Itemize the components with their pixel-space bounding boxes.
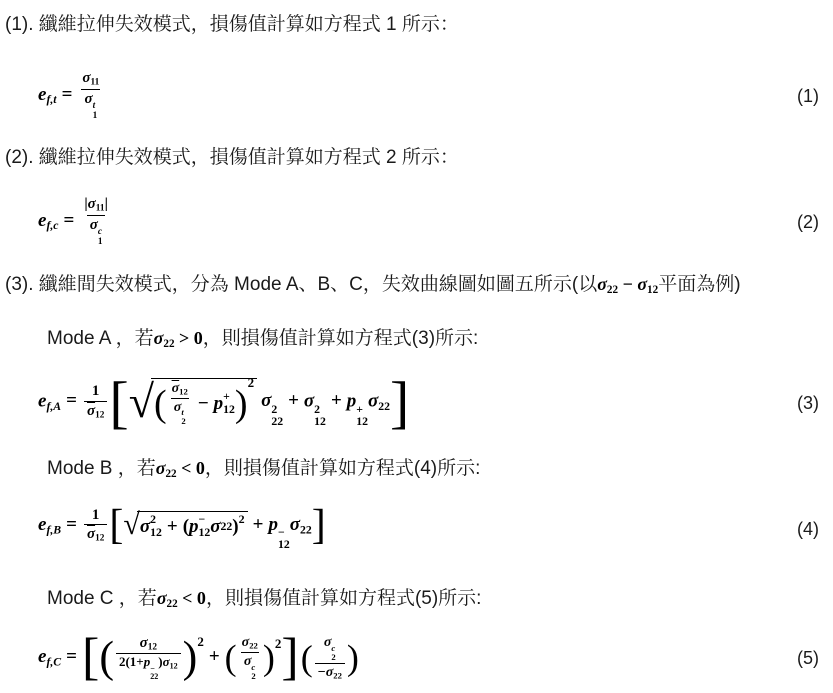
math-subscript: f,c: [46, 220, 58, 233]
math-symbol: σ: [244, 654, 252, 669]
fraction-denominator: σc2: [241, 652, 259, 681]
item-3-suffix: 平面為例): [658, 274, 740, 295]
math-supsub: t1: [93, 102, 98, 122]
math-supsub: 222: [271, 404, 283, 429]
mode-c-condition: < 0: [178, 588, 206, 608]
math-symbol: p: [268, 514, 278, 535]
math-exponent: 2: [197, 634, 204, 649]
math-symbol: σ: [597, 274, 607, 294]
equals-sign: =: [61, 390, 82, 411]
fraction: σ122(1+p−22)σ12: [116, 635, 181, 682]
square-root: √σ212+(p−12σ22)2: [123, 511, 247, 539]
math-symbol: p: [214, 393, 224, 415]
right-bracket: ]: [312, 502, 326, 548]
math-subscript: 22: [165, 468, 176, 480]
math-subscript: 12: [356, 416, 368, 428]
plus-sign: +: [326, 390, 347, 411]
plus-sign: +: [283, 390, 304, 411]
right-paren: ): [347, 638, 359, 678]
fraction-numerator: σ12: [169, 381, 191, 398]
mode-b-suffix: ，則損傷值計算如方程式(4)所示:: [205, 458, 481, 479]
fraction: 1σ12: [84, 507, 107, 544]
item-3-prefix: (3). 纖維間失效模式，分為 Mode A、B、C，失效曲線圖如圖五所示(以: [5, 274, 597, 295]
fraction-denominator: −σ22: [315, 663, 345, 681]
equals-sign: =: [57, 84, 78, 105]
right-bracket: ]: [281, 629, 298, 686]
fraction-numerator: 1: [89, 383, 103, 401]
left-bracket: [: [82, 629, 99, 686]
math-symbol: σ: [637, 274, 647, 294]
equation-number-1: (1): [797, 86, 819, 107]
math-subscript: f,A: [46, 400, 61, 413]
mode-b-condition: < 0: [177, 458, 205, 478]
fraction: σ11σt1: [79, 70, 102, 121]
math-symbol: σ: [324, 635, 332, 650]
equation-number-5: (5): [797, 648, 819, 669]
math-subscript: f,C: [46, 656, 61, 669]
fraction-denominator: σc1: [87, 215, 106, 247]
fraction-denominator: σ12: [84, 524, 107, 544]
fraction: 1σ12: [84, 383, 107, 420]
math-subscript: 1: [98, 238, 103, 248]
math-subscript: 12: [170, 662, 178, 671]
square-root: √(σ12σt2−p+12)2: [129, 378, 257, 427]
mode-a-line: Mode A ，若σ22 > 0，則損傷值計算如方程式(3)所示:: [47, 325, 478, 357]
fraction-denominator: σt1: [81, 89, 100, 121]
math-subscript: 12: [95, 411, 104, 421]
sigma-bar-symbol: σ: [87, 526, 95, 542]
fraction-numerator: σ11: [79, 70, 102, 89]
math-supsub: c2: [331, 644, 335, 662]
item-2-text: (2). 纖維拉伸失效模式，損傷值計算如方程式 2 所示：: [5, 147, 459, 168]
math-subscript: 12: [150, 527, 162, 539]
sigma-bar-symbol: σ: [163, 654, 170, 669]
equation-3-row: ef,A=1σ12[√(σ12σt2−p+12)2σ222+σ212+p+12σ…: [38, 367, 819, 439]
plus-sign: +: [162, 516, 183, 538]
equation-5-row: ef,C=[(σ122(1+p−22)σ12)2+(σ22σc2)2](σc2−…: [38, 626, 819, 690]
math-subscript: 12: [95, 534, 104, 544]
math-symbol: σ: [156, 458, 166, 478]
equation-3: ef,A=1σ12[√(σ12σt2−p+12)2σ222+σ212+p+12σ…: [38, 378, 409, 429]
math-subscript: 12: [647, 284, 658, 296]
plus-sign: +: [248, 514, 269, 535]
equation-2: ef,c=|σ11|σc1: [38, 196, 113, 247]
item-1-text: (1). 纖維拉伸失效模式，損傷值計算如方程式 1 所示：: [5, 14, 459, 35]
math-symbol: σ: [368, 390, 378, 411]
math-symbol: σ: [290, 514, 300, 535]
equation-number-3: (3): [797, 393, 819, 414]
math-symbol: σ: [140, 516, 150, 538]
right-paren: ): [183, 633, 198, 682]
fraction: |σ11|σc1: [81, 196, 111, 247]
abs-bar: |: [105, 196, 108, 212]
radicand: σ212+(p−12σ22)2: [137, 511, 248, 539]
fraction-numerator: 1: [89, 507, 103, 525]
math-subscript: 12: [199, 527, 211, 539]
equation-4-row: ef,B=1σ12[√σ212+(p−12σ22)2+p−12σ22] (4): [38, 503, 819, 555]
equation-number-4: (4): [797, 519, 819, 540]
fraction: σ22σc2: [239, 635, 261, 681]
right-paren: ): [263, 638, 275, 678]
plus-sign: +: [204, 646, 225, 667]
sigma-12-inline: σ12: [637, 274, 658, 294]
left-paren: (: [99, 633, 114, 682]
mode-b-line: Mode B ，若σ22 < 0，則損傷值計算如方程式(4)所示:: [47, 455, 480, 487]
fraction-numerator: σ22: [239, 635, 261, 652]
math-subscript: 12: [223, 404, 235, 416]
math-superscript: 2: [150, 514, 156, 526]
math-supsub: +12: [223, 391, 235, 416]
math-subscript: 22: [150, 673, 158, 681]
math-superscript: +: [223, 391, 230, 403]
math-subscript: 22: [249, 641, 258, 651]
math-subscript: 22: [333, 670, 342, 680]
math-symbol: σ: [140, 635, 148, 651]
math-symbol: σ: [90, 217, 98, 233]
sigma-22-inline: σ22: [156, 458, 177, 478]
math-subscript: 11: [91, 78, 100, 88]
fraction: σ12σt2: [169, 381, 191, 427]
math-subscript: 11: [96, 204, 105, 214]
math-superscript: −: [199, 514, 206, 526]
math-subscript: 12: [148, 642, 157, 652]
math-symbol: σ: [154, 328, 164, 348]
math-text: 2(1+: [119, 654, 144, 669]
math-subscript: 22: [378, 400, 390, 413]
math-supsub: 212: [314, 404, 326, 429]
math-exponent: 2: [248, 375, 255, 391]
paragraph-item-3: (3). 纖維間失效模式，分為 Mode A、B、C，失效曲線圖如圖五所示(以σ…: [5, 271, 741, 303]
fraction-denominator: 2(1+p−22)σ12: [116, 653, 181, 681]
math-subscript: 22: [221, 520, 233, 534]
math-symbol: σ: [88, 196, 96, 212]
mode-a-condition: > 0: [175, 328, 203, 348]
mode-c-suffix: ，則損傷值計算如方程式(5)所示:: [206, 588, 482, 609]
mode-c-prefix: Mode C ，若: [47, 588, 157, 609]
math-symbol: σ: [157, 588, 167, 608]
fraction-numerator: σ12: [137, 635, 160, 654]
math-symbol: p: [347, 390, 357, 411]
math-symbol: σ: [174, 400, 182, 415]
math-symbol: σ: [210, 516, 220, 538]
math-subscript: 22: [300, 523, 312, 536]
sigma-22-inline: σ22: [154, 328, 175, 348]
equation-4: ef,B=1σ12[√σ212+(p−12σ22)2+p−12σ22]: [38, 507, 326, 552]
paragraph-item-1: (1). 纖維拉伸失效模式，損傷值計算如方程式 1 所示：: [5, 12, 459, 38]
fraction: σc2−σ22: [315, 635, 345, 681]
document-page: (1). 纖維拉伸失效模式，損傷值計算如方程式 1 所示： ef,t=σ11σt…: [0, 0, 833, 693]
math-supsub: c2: [251, 663, 255, 681]
math-subscript: 22: [163, 338, 174, 350]
left-paren: (: [301, 638, 313, 678]
math-supsub: 212: [150, 514, 162, 539]
math-subscript: 12: [278, 539, 290, 551]
math-symbol: σ: [84, 91, 92, 107]
sigma-22-inline: σ22: [157, 588, 178, 608]
math-supsub: t2: [181, 408, 185, 426]
equals-sign: =: [61, 646, 82, 667]
minus-sign: −: [318, 665, 326, 680]
mode-b-prefix: Mode B ，若: [47, 458, 156, 479]
equation-2-row: ef,c=|σ11|σc1 (2): [38, 198, 819, 246]
math-subscript: f,t: [46, 94, 56, 107]
math-subscript: 22: [271, 416, 283, 428]
equation-5: ef,C=[(σ122(1+p−22)σ12)2+(σ22σc2)2](σc2−…: [38, 634, 359, 681]
math-subscript: 12: [179, 386, 188, 396]
mode-a-prefix: Mode A ，若: [47, 328, 154, 349]
equation-number-2: (2): [797, 212, 819, 233]
left-bracket: [: [109, 502, 123, 548]
math-subscript: 2: [181, 417, 185, 426]
mode-c-line: Mode C ，若σ22 < 0，則損傷值計算如方程式(5)所示:: [47, 585, 481, 617]
math-symbol: σ: [82, 70, 90, 86]
math-symbol: σ: [304, 390, 314, 411]
sigma-22-inline: σ22: [597, 274, 618, 294]
equation-1: ef,t=σ11σt1: [38, 70, 104, 121]
fraction-numerator: |σ11|: [81, 196, 111, 215]
math-supsub: −12: [278, 527, 290, 552]
math-subscript: 2: [251, 672, 255, 681]
left-bracket: [: [109, 369, 128, 434]
math-supsub: c1: [98, 228, 103, 248]
radicand: (σ12σt2−p+12)2: [151, 378, 257, 427]
equation-1-row: ef,t=σ11σt1 (1): [38, 72, 819, 120]
math-supsub: +12: [356, 404, 368, 429]
math-subscript: 12: [314, 416, 326, 428]
mode-a-suffix: ，則損傷值計算如方程式(3)所示:: [203, 328, 479, 349]
equals-sign: =: [61, 514, 82, 535]
sigma-bar-symbol: σ: [87, 403, 95, 419]
fraction-numerator: σc2: [321, 635, 339, 663]
math-symbol: p: [189, 516, 199, 538]
math-subscript: 1: [93, 112, 98, 122]
left-paren: (: [225, 638, 237, 678]
math-symbol: σ: [261, 390, 271, 411]
paragraph-item-2: (2). 纖維拉伸失效模式，損傷值計算如方程式 2 所示：: [5, 145, 459, 171]
math-subscript: f,B: [46, 523, 61, 536]
right-bracket: ]: [390, 369, 409, 434]
math-supsub: −12: [199, 514, 211, 539]
fraction-denominator: σt2: [171, 398, 189, 427]
math-subscript: 22: [167, 598, 178, 610]
equals-sign: =: [59, 210, 80, 231]
minus-sign: −: [618, 274, 637, 294]
math-exponent: 2: [239, 512, 245, 527]
math-subscript: 2: [331, 653, 335, 662]
fraction-denominator: σ12: [84, 401, 107, 421]
math-subscript: 22: [607, 284, 618, 296]
minus-sign: −: [193, 393, 214, 415]
